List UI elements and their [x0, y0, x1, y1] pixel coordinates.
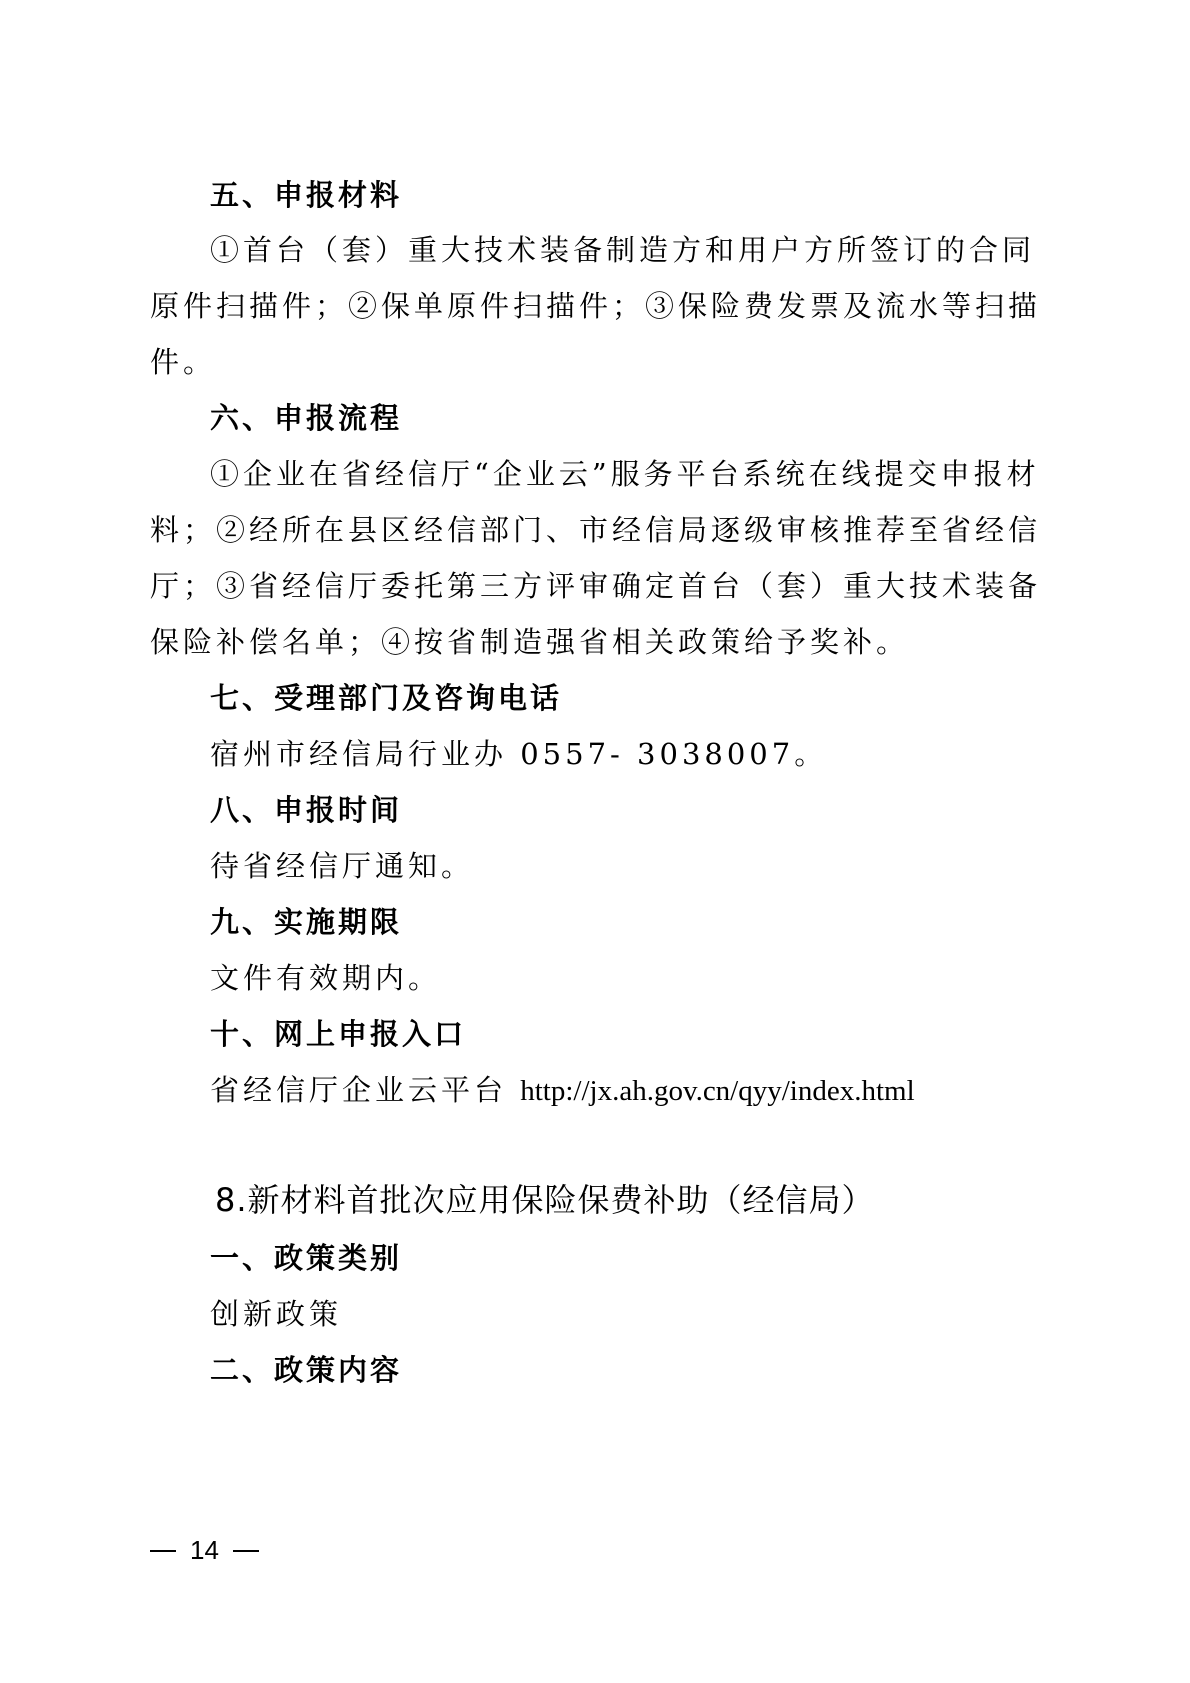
- paragraph-line: ①首台（套）重大技术装备制造方和用户方所签订的合同: [210, 230, 1090, 270]
- contact-text: 宿州市经信局行业办 0557- 3038007。: [210, 734, 1090, 774]
- section-heading-materials: 五、申报材料: [210, 175, 1090, 215]
- section-heading-time: 八、申报时间: [210, 790, 1090, 830]
- paragraph-line: ①企业在省经信厅“企业云”服务平台系统在线提交申报材: [210, 454, 1090, 494]
- category-text: 创新政策: [210, 1294, 1090, 1334]
- time-text: 待省经信厅通知。: [210, 846, 1090, 886]
- section-heading-process: 六、申报流程: [210, 398, 1090, 438]
- paragraph-line: 原件扫描件；②保单原件扫描件；③保险费发票及流水等扫描: [150, 286, 1030, 326]
- section-heading-online-entry: 十、网上申报入口: [210, 1014, 1090, 1054]
- period-text: 文件有效期内。: [210, 958, 1090, 998]
- platform-url-link[interactable]: http://jx.ah.gov.cn/qyy/index.html: [520, 1075, 914, 1107]
- document-page: 五、申报材料 ①首台（套）重大技术装备制造方和用户方所签订的合同 原件扫描件；②…: [0, 0, 1190, 1683]
- online-entry-line: 省经信厅企业云平台 http://jx.ah.gov.cn/qyy/index.…: [210, 1070, 1090, 1111]
- paragraph-line: 厅；③省经信厅委托第三方评审确定首台（套）重大技术装备: [150, 566, 1030, 606]
- platform-label: 省经信厅企业云平台: [210, 1073, 507, 1107]
- section-heading-contact: 七、受理部门及咨询电话: [210, 678, 1090, 718]
- page-footer: 14: [150, 1535, 259, 1566]
- section-heading-content: 二、政策内容: [210, 1350, 1090, 1390]
- footer-dash-right: [233, 1550, 259, 1552]
- paragraph-line: 件。: [150, 342, 1030, 382]
- paragraph-line: 料；②经所在县区经信部门、市经信局逐级审核推荐至省经信: [150, 510, 1030, 550]
- section-heading-period: 九、实施期限: [210, 902, 1090, 942]
- paragraph-line: 保险补偿名单；④按省制造强省相关政策给予奖补。: [150, 622, 1030, 662]
- section-heading-category: 一、政策类别: [210, 1238, 1090, 1278]
- footer-dash-left: [150, 1550, 176, 1552]
- item-title: 8.新材料首批次应用保险保费补助（经信局）: [215, 1180, 1095, 1220]
- page-number: 14: [190, 1535, 219, 1566]
